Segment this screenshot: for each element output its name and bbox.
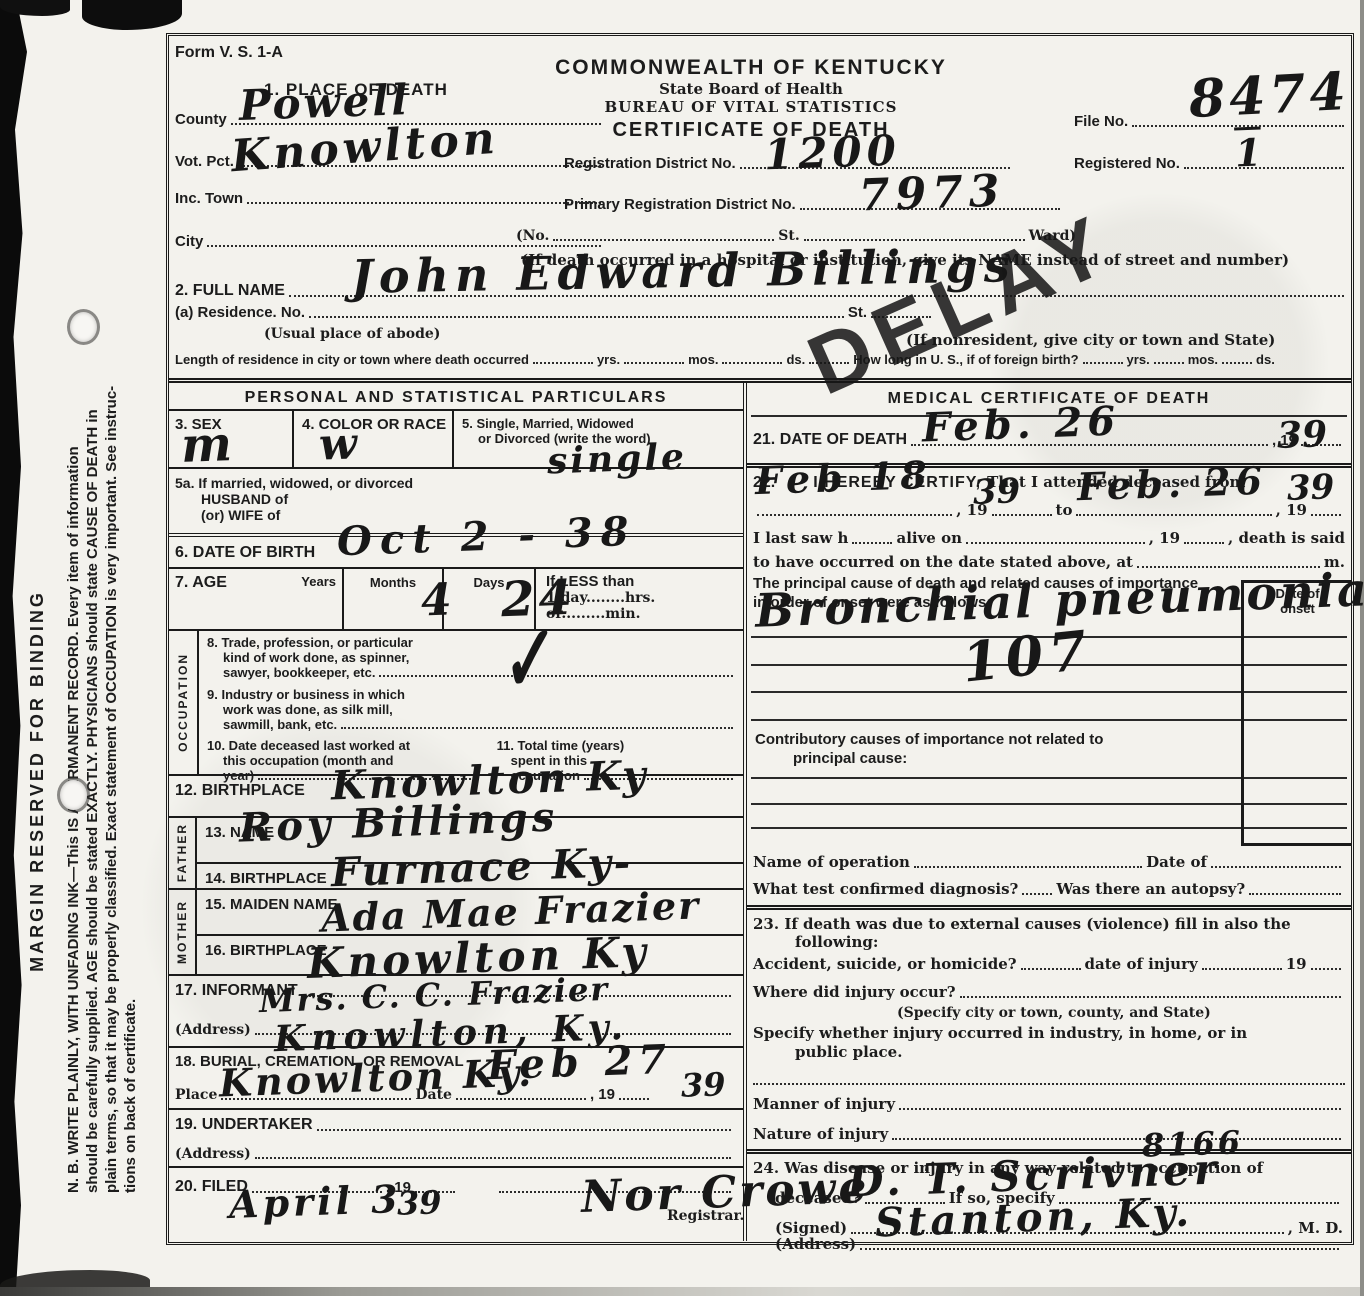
injury-year-prefix: 19 bbox=[1286, 955, 1307, 973]
registered-no-row: Registered No. bbox=[1074, 155, 1348, 172]
nature-of-injury-row: Nature of injury bbox=[753, 1125, 1345, 1143]
age-cell: 7. AGE Years bbox=[169, 569, 344, 629]
length-label: Length of residence in city or town wher… bbox=[175, 352, 529, 367]
personal-particulars-column: PERSONAL AND STATISTICAL PARTICULARS 3. … bbox=[169, 383, 743, 1241]
registered-no-label: Registered No. bbox=[1074, 155, 1180, 172]
margin-nb-note: N. B. WRITE PLAINLY, WITH UNFADING INK—T… bbox=[64, 53, 142, 1193]
external-causes-label: 23. If death was due to external causes … bbox=[753, 915, 1291, 933]
primary-registration-value-handwriting: 7973 bbox=[858, 169, 1006, 218]
occupation-block: OCCUPATION 8. Trade, profession, or part… bbox=[169, 631, 743, 776]
county-label: County bbox=[175, 111, 227, 128]
file-no-label: File No. bbox=[1074, 113, 1128, 130]
test-row: What test confirmed diagnosis? Was there… bbox=[753, 880, 1345, 898]
manner-of-injury-row: Manner of injury bbox=[753, 1095, 1345, 1113]
years-label: Years bbox=[301, 574, 336, 629]
primary-registration-label: Primary Registration District No. bbox=[564, 196, 796, 213]
age-label: 7. AGE bbox=[175, 574, 227, 629]
injury-date-label: date of injury bbox=[1085, 955, 1198, 973]
mos-label: mos. bbox=[1188, 352, 1218, 367]
specify-label2: public place. bbox=[795, 1043, 902, 1061]
test-label: What test confirmed diagnosis? bbox=[753, 880, 1018, 898]
file-no-value-handwriting: 8474 bbox=[1188, 66, 1351, 126]
scan-edge-bottom bbox=[0, 1287, 1364, 1296]
residence-label: (a) Residence. No. bbox=[175, 304, 305, 321]
occupation-side-label: OCCUPATION bbox=[176, 653, 190, 752]
autopsy-label: Was there an autopsy? bbox=[1056, 880, 1245, 898]
last-worked-label: year) bbox=[207, 768, 254, 783]
undertaker-address-label: (Address) bbox=[175, 1146, 251, 1162]
marital-label: 5. Single, Married, Widowed bbox=[462, 416, 743, 431]
yrs-label: yrs. bbox=[1127, 352, 1150, 367]
months-label: Months bbox=[370, 575, 416, 590]
punch-hole bbox=[60, 780, 87, 810]
nature-label: Nature of injury bbox=[753, 1125, 888, 1143]
personal-section-title: PERSONAL AND STATISTICAL PARTICULARS bbox=[169, 383, 743, 411]
where-injury-row: Where did injury occur? bbox=[753, 983, 1345, 1001]
industry-label: 9. Industry or business in which bbox=[207, 687, 737, 702]
father-side-label: FATHER bbox=[175, 823, 189, 882]
torn-edge-left bbox=[0, 0, 30, 1296]
scan-smudge bbox=[82, 0, 182, 30]
undertaker-row: 19. UNDERTAKER (Address) bbox=[169, 1110, 743, 1168]
form-number: Form V. S. 1-A bbox=[175, 44, 283, 62]
death-certificate-form: Form V. S. 1-A 1. PLACE OF DEATH County … bbox=[166, 33, 1354, 1245]
city-label: City bbox=[175, 233, 203, 250]
board-title: State Board of Health bbox=[551, 80, 951, 98]
father-birthplace-label: 14. BIRTHPLACE bbox=[205, 870, 327, 887]
registrar-signature-handwriting: Nor Crowe bbox=[580, 1166, 870, 1220]
burial-place-label: Place bbox=[175, 1087, 217, 1103]
inc-town-label: Inc. Town bbox=[175, 190, 243, 207]
margin-nb-line: N. B. WRITE PLAINLY, WITH UNFADING INK—T… bbox=[64, 53, 83, 1193]
ds-label: ds. bbox=[1256, 352, 1275, 367]
where-label: Where did injury occur? bbox=[753, 983, 956, 1001]
dod-year-handwriting: 39 bbox=[1276, 416, 1327, 454]
physician-address-handwriting: Stanton, Ky. bbox=[874, 1192, 1193, 1243]
burial-year-prefix: , 19 bbox=[590, 1086, 615, 1103]
dob-value-handwriting: Oct 2 - 38 bbox=[336, 512, 637, 562]
full-name-label: 2. FULL NAME bbox=[175, 282, 285, 300]
scanned-death-certificate: MARGIN RESERVED FOR BINDING N. B. WRITE … bbox=[0, 0, 1364, 1296]
filed-date-handwriting: April 3 bbox=[228, 1180, 402, 1224]
husband-label: HUSBAND of bbox=[175, 491, 743, 507]
medical-certificate-column: MEDICAL CERTIFICATE OF DEATH 21. DATE OF… bbox=[743, 383, 1351, 1241]
last-saw-row: I last saw h alive on , 19 , death is sa… bbox=[753, 529, 1345, 547]
attended-from-handwriting: Feb 18 bbox=[754, 456, 933, 500]
length-of-residence-row: Length of residence in city or town wher… bbox=[175, 352, 1348, 367]
burial-year-handwriting: 39 bbox=[680, 1068, 726, 1102]
contributory-label: Contributory causes of importance not re… bbox=[755, 731, 1103, 748]
industry-label: sawmill, bank, etc. bbox=[207, 717, 337, 732]
margin-binding-note: MARGIN RESERVED FOR BINDING bbox=[27, 451, 49, 1111]
operation-row: Name of operation Date of bbox=[753, 853, 1345, 871]
trade-label: sawyer, bookkeeper, etc. bbox=[207, 665, 375, 680]
registration-district-label: Registration District No. bbox=[564, 155, 736, 172]
specify-label: Specify whether injury occurred in indus… bbox=[753, 1024, 1247, 1042]
occurred-label: to have occurred on the date stated abov… bbox=[753, 553, 1133, 571]
cause-code-handwriting: 107 bbox=[960, 622, 1096, 689]
birthplace-label: 12. BIRTHPLACE bbox=[175, 782, 305, 799]
dod-value-handwriting: Feb. 26 bbox=[921, 402, 1120, 449]
mos-label: mos. bbox=[688, 352, 718, 367]
race-value-handwriting: w bbox=[318, 422, 357, 467]
operation-label: Name of operation bbox=[753, 853, 910, 871]
trade-label: 8. Trade, profession, or particular bbox=[207, 635, 737, 650]
father-side-cell: FATHER bbox=[169, 818, 197, 888]
last-saw-19: , 19 bbox=[1149, 529, 1180, 547]
contributory-label2: principal cause: bbox=[793, 750, 907, 767]
last-worked-label: 10. Date deceased last worked at bbox=[207, 738, 483, 753]
occupation-fields: 8. Trade, profession, or particular kind… bbox=[199, 631, 743, 774]
physician-address-label: (Address) bbox=[775, 1235, 856, 1253]
last-saw-label: I last saw h bbox=[753, 529, 848, 547]
ds-label: ds. bbox=[786, 352, 805, 367]
form-body: PERSONAL AND STATISTICAL PARTICULARS 3. … bbox=[169, 383, 1351, 1241]
vot-pct-label: Vot. Pct. bbox=[175, 153, 234, 170]
to-label: to bbox=[1056, 501, 1073, 519]
form-header-section: Form V. S. 1-A 1. PLACE OF DEATH County … bbox=[169, 36, 1351, 383]
attended-dates-row: , 19 to , 19 bbox=[753, 501, 1345, 519]
sex-value-handwriting: m bbox=[180, 420, 232, 470]
punch-hole bbox=[70, 312, 97, 342]
operation-date-label: Date of bbox=[1146, 853, 1207, 871]
attended-to-handwriting: Feb. 26 bbox=[1076, 462, 1267, 507]
filed-year-handwriting: 39 bbox=[396, 1186, 442, 1220]
mother-maiden-label: 15. MAIDEN NAME bbox=[205, 896, 338, 913]
yrs-label: yrs. bbox=[597, 352, 620, 367]
total-time-label: 11. Total time (years) bbox=[497, 738, 737, 753]
mother-side-label: MOTHER bbox=[175, 900, 189, 964]
margin-nb-line: should be carefully supplied. AGE should… bbox=[83, 53, 102, 1193]
mother-side-cell: MOTHER bbox=[169, 890, 197, 974]
dod-label: 21. DATE OF DEATH bbox=[753, 431, 907, 449]
inc-town-row: Inc. Town bbox=[175, 190, 605, 207]
undertaker-label: 19. UNDERTAKER bbox=[175, 1116, 313, 1134]
manner-label: Manner of injury bbox=[753, 1095, 895, 1113]
commonwealth-title: COMMONWEALTH OF KENTUCKY bbox=[551, 56, 951, 80]
attended-from-year-handwriting: 39 bbox=[972, 474, 1020, 510]
industry-label: work was done, as silk mill, bbox=[207, 702, 737, 717]
dob-label: 6. DATE OF BIRTH bbox=[175, 544, 315, 561]
age-months-handwriting: 4 bbox=[420, 578, 452, 623]
no-label: (No. bbox=[516, 228, 549, 244]
age-row: 7. AGE Years Months Days If LESS than 1 … bbox=[169, 569, 743, 631]
registered-no-value-handwriting: 1 bbox=[1234, 134, 1262, 173]
trade-label: kind of work done, as spinner, bbox=[207, 650, 737, 665]
alive-on-label: alive on bbox=[896, 529, 962, 547]
informant-address-label: (Address) bbox=[175, 1022, 251, 1038]
attended-to-year-handwriting: 39 bbox=[1286, 470, 1334, 506]
death-is-said-label: , death is said bbox=[1228, 529, 1345, 547]
accident-row: Accident, suicide, or homicide? date of … bbox=[753, 955, 1345, 973]
specify-city-note: (Specify city or town, county, and State… bbox=[897, 1005, 1211, 1021]
abode-note: (Usual place of abode) bbox=[264, 326, 440, 342]
scan-edge-right bbox=[1360, 0, 1364, 1296]
bureau-title: BUREAU OF VITAL STATISTICS bbox=[551, 98, 951, 116]
marital-value-handwriting: single bbox=[546, 439, 687, 480]
occupation-side-cell: OCCUPATION bbox=[169, 631, 199, 774]
burial-date-handwriting: Feb 27 bbox=[486, 1040, 673, 1086]
margin-nb-line: plain terms, so that it may be properly … bbox=[102, 53, 121, 1193]
father-name-handwriting: Roy Billings bbox=[238, 797, 558, 848]
margin-nb-line: tions on back of certificate. bbox=[121, 53, 140, 1193]
external-causes-label2: following: bbox=[795, 933, 878, 951]
accident-label: Accident, suicide, or homicide? bbox=[753, 955, 1017, 973]
